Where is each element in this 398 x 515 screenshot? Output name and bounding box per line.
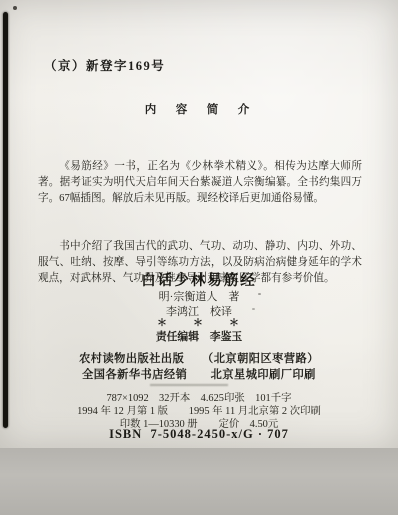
scanner-background xyxy=(0,448,398,515)
scan-speck-artifact xyxy=(258,293,261,295)
scan-speck-artifact xyxy=(13,6,17,10)
intro-paragraph-1: 《易筋经》一书，正名为《少林拳术精义》。相传为达摩大师所著。据考证实为明代天启年… xyxy=(38,159,362,207)
author-line: 明·宗衡道人 著 xyxy=(0,288,398,304)
book-page: （京）新登字169号 内 容 简 介 《易筋经》一书，正名为《少林拳术精义》。相… xyxy=(0,0,398,448)
publisher-line: 农村读物出版社出版 （北京朝阳区枣营路） xyxy=(0,350,398,366)
asterisk-separator: ＊ ＊ ＊ xyxy=(0,314,398,329)
intro-heading: 内 容 简 介 xyxy=(0,101,398,117)
book-title: 白话少林易筋经 xyxy=(0,269,398,290)
editor-line: 责任编辑 李鉴玉 xyxy=(0,329,398,344)
register-number: （京）新登字169号 xyxy=(44,56,165,74)
distribution-line: 全国各新华书店经销 北京星城印刷厂印刷 xyxy=(0,366,398,382)
scan-left-bar-artifact xyxy=(3,12,8,428)
scanned-colophon-page: （京）新登字169号 内 容 简 介 《易筋经》一书，正名为《少林拳术精义》。相… xyxy=(0,0,398,515)
scan-speck-artifact xyxy=(252,308,255,310)
isbn-line: ISBN 7-5048-2450-x/G · 707 xyxy=(0,427,398,442)
scan-smudge-artifact xyxy=(150,384,228,386)
